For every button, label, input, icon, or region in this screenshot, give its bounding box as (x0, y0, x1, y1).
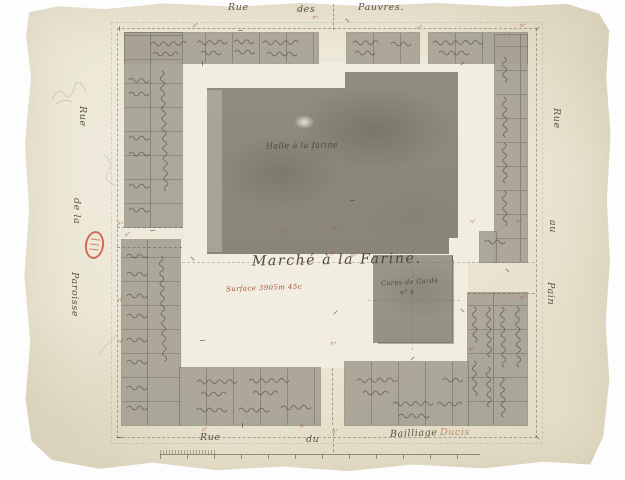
owner-name-scribble (354, 49, 380, 58)
survey-mark-red: n° (349, 253, 356, 259)
owner-name-scribble (128, 206, 154, 215)
measurement-tick (119, 26, 120, 31)
owner-name-scribble (266, 50, 300, 59)
owner-name-scribble (126, 292, 152, 301)
street-name-bottom-1: Rue (200, 432, 221, 443)
street-name-top-1: Rue (228, 2, 249, 13)
owner-name-scribble (196, 406, 230, 415)
guardhouse-number: n° 4 (400, 289, 415, 297)
flour-hall-light-edge (207, 90, 222, 252)
survey-mark-red: n° (470, 220, 476, 225)
owner-name-scribble (499, 56, 509, 88)
survey-mark-red: n° (329, 341, 336, 347)
owner-name-scribble (499, 96, 510, 140)
street-name-right-1: Rue (551, 108, 562, 129)
owner-name-scribble (233, 38, 261, 47)
measurement-tick (150, 230, 155, 231)
parcel-band-left-upper (125, 33, 182, 227)
owner-name-scribble (352, 38, 384, 48)
survey-mark-red: n° (467, 347, 474, 353)
owner-name-scribble (469, 306, 479, 348)
measurement-tick (202, 61, 203, 66)
survey-line (332, 368, 333, 425)
owner-name-scribble (392, 399, 438, 409)
owner-name-scribble (499, 190, 509, 230)
owner-name-scribble (438, 49, 472, 58)
street-name-bottom-alt: Ducis (440, 427, 470, 438)
street-name-bottom-2: du (306, 434, 319, 445)
owner-name-scribble (126, 404, 152, 413)
owner-name-scribble (128, 150, 154, 159)
owner-name-scribble (252, 389, 282, 398)
owner-name-scribble (126, 270, 152, 279)
survey-mark-red: n° (299, 9, 305, 14)
owner-name-scribble (356, 375, 404, 386)
measurement-tick (350, 200, 355, 201)
pencil-scribble (100, 150, 130, 190)
owner-name-scribble (126, 312, 152, 321)
street-name-top-3: Pauvres. (358, 2, 404, 13)
survey-line (117, 247, 182, 248)
parcel-band-left-lower (122, 240, 180, 425)
measurement-tick (200, 340, 205, 341)
survey-mark-red: n° (332, 430, 338, 435)
owner-name-scribble (248, 376, 292, 386)
owner-name-scribble (442, 376, 468, 385)
owner-name-scribble (262, 38, 304, 48)
measurement-tick (117, 437, 122, 438)
scale-bar-hatch (160, 450, 215, 455)
owner-name-scribble (469, 360, 479, 400)
survey-mark-red: n° (520, 296, 526, 301)
owner-name-scribble (126, 252, 152, 261)
flour-hall-label: Halle à la farine (266, 140, 338, 150)
survey-line (368, 300, 460, 301)
owner-name-scribble (152, 50, 182, 59)
street-name-left-2: de la (71, 198, 82, 224)
street-name-bottom-3: Bailliage (390, 427, 438, 440)
owner-name-scribble (196, 38, 230, 48)
parcel-band-right-step (480, 232, 496, 262)
owner-name-scribble (128, 182, 154, 191)
owner-name-scribble (238, 406, 276, 415)
scanned-plan-marche-a-la-farine: Rue des Pauvres. Rue de la Paroisse Rue … (0, 0, 625, 480)
owner-name-scribble (126, 358, 152, 367)
survey-mark-red: n° (116, 221, 123, 227)
survey-line (117, 227, 182, 228)
measurement-tick (452, 256, 453, 261)
owner-name-scribble (362, 389, 394, 398)
owner-name-scribble (196, 377, 240, 387)
owner-name-scribble (390, 40, 414, 49)
owner-name-scribble (126, 384, 152, 393)
street-name-right-3: Pain (545, 282, 556, 305)
measurement-tick (242, 423, 243, 428)
owner-name-scribble (280, 403, 314, 413)
owner-name-scribble (200, 49, 226, 58)
guardhouse-building (374, 256, 452, 342)
plan-title: Marché à la Farine. (252, 251, 422, 270)
owner-name-scribble (126, 336, 152, 345)
owner-name-scribble (234, 48, 258, 57)
owner-name-scribble (200, 390, 232, 399)
survey-mark-red: n° (311, 15, 318, 21)
street-name-left-1: Rue (77, 106, 88, 127)
owner-name-scribble (436, 400, 468, 409)
pencil-scribble (50, 82, 90, 108)
owner-name-scribble (499, 142, 510, 186)
survey-line (468, 293, 535, 294)
survey-mark-red: n° (331, 225, 338, 231)
owner-name-scribble (483, 306, 494, 362)
survey-mark-red: n° (118, 340, 124, 345)
street-name-right-2: au (547, 220, 558, 233)
measurement-tick (238, 30, 243, 31)
survey-line (333, 4, 334, 30)
owner-name-scribble (497, 376, 508, 420)
survey-mark-red: n° (520, 24, 526, 29)
owner-name-scribble (128, 134, 154, 143)
owner-name-scribble (128, 90, 154, 99)
survey-mark-red: n° (282, 230, 288, 235)
survey-mark-red: n° (515, 219, 522, 225)
pencil-scribble (96, 330, 122, 360)
owner-name-scribble (398, 412, 436, 421)
owner-name-scribble (150, 39, 192, 49)
owner-name-scribble (128, 76, 154, 86)
owner-name-scribble (484, 238, 508, 247)
owner-name-scribble (432, 38, 488, 48)
owner-name-scribble (483, 366, 494, 410)
street-name-left-3: Paroisse (69, 272, 80, 317)
